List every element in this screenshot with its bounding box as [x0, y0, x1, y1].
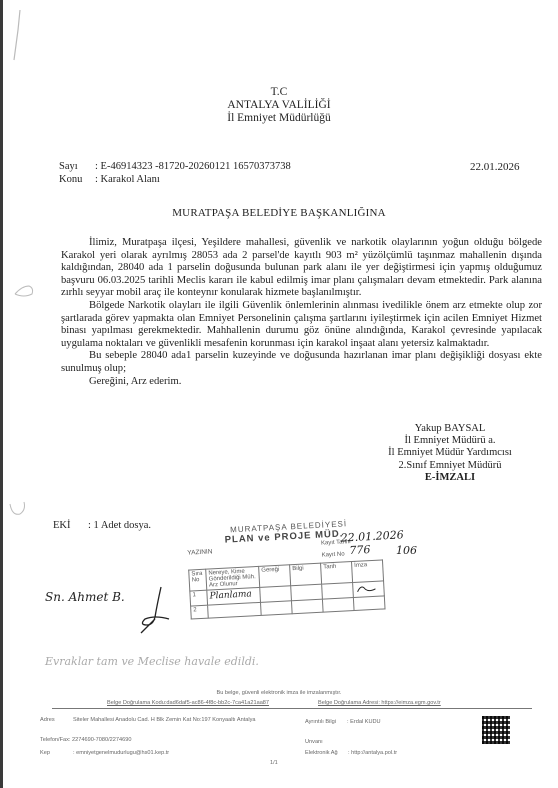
sayi-value: : E-46914323 -81720-20260121 16570373738 — [95, 161, 291, 173]
footer-divider — [52, 708, 532, 709]
web-label: Elektronik Ağ — [305, 750, 338, 756]
signer-title-2: İl Emniyet Müdür Yardımcısı — [360, 447, 540, 459]
stamp-col-bilgi: Bilgi — [290, 563, 322, 586]
attachment-value: : 1 Adet dosya. — [88, 520, 151, 532]
paragraph-4: Gereğini, Arz ederim. — [61, 376, 542, 389]
stamp-date-value: 22.01.2026 — [340, 528, 404, 544]
paragraph-1: İlimiz, Muratpaşa ilçesi, Yeşildere maha… — [61, 237, 542, 300]
stamp-col-no: Sıra No — [189, 569, 207, 591]
registration-stamp: MURATPAŞA BELEDİYESİ PLAN ve PROJE MÜD. … — [180, 517, 395, 636]
attachment-label: EKİ — [53, 520, 71, 532]
konu-value: : Karakol Alanı — [95, 174, 160, 186]
detail-label: Ayrıntılı Bilgi — [305, 719, 336, 725]
page-number: 1/1 — [270, 760, 278, 766]
stamp-signature-mark — [353, 581, 385, 598]
stamp-col-imza: İmza — [351, 560, 383, 583]
sayi-label: Sayı — [59, 161, 78, 173]
detail-value: : Erdal KUDU — [347, 719, 381, 725]
stamp-extra-note: 106 — [396, 544, 417, 557]
unvan-label: Unvanı — [305, 739, 323, 745]
kep-value[interactable]: : emniyetgenelmudurlugu@hs01.kep.tr — [73, 750, 169, 756]
verification-code: Belge Doğrulama Kodu:dad6daf5-ac86-4f8c-… — [107, 700, 269, 706]
konu-label: Konu — [59, 174, 82, 186]
address-value: Siteler Mahallesi Anadolu Cad. H Blk Zem… — [73, 717, 273, 723]
signer-name: Yakup BAYSAL — [360, 423, 540, 435]
handwritten-note: Evraklar tam ve Meclise havale edildi. — [45, 655, 259, 668]
qr-code — [482, 716, 510, 744]
web-value[interactable]: : http://antalya.pol.tr — [348, 750, 397, 756]
header-tc: T.C — [0, 86, 558, 100]
recipient: MURATPAŞA BELEDİYE BAŞKANLIĞINA — [0, 207, 558, 219]
kep-label: Kep — [40, 750, 50, 756]
stamp-no-label: Kayıt No — [321, 551, 344, 558]
letter-body: İlimiz, Muratpaşa ilçesi, Yeşildere maha… — [61, 237, 542, 388]
stamp-col-tarih: Tarih — [321, 562, 353, 585]
header-valilik: ANTALYA VALİLİĞİ — [0, 99, 558, 113]
stamp-routing-table: Sıra No Nereye, Kime Gönderildiği Müh. A… — [188, 559, 385, 619]
address-label: Adres — [40, 717, 55, 723]
e-signed-badge: E-İMZALI — [360, 472, 540, 484]
header-mudurluk: İl Emniyet Müdürlüğü — [0, 112, 558, 126]
verification-address[interactable]: Belge Doğrulama Adresi: https://eimza.eg… — [318, 700, 441, 706]
stamp-yazinin-label: YAZININ — [187, 548, 213, 556]
paragraph-3: Bu sebeple 28040 ada1 parselin kuzeyinde… — [61, 350, 542, 375]
margin-doodle — [12, 282, 36, 300]
stamp-no-value: 776 — [349, 543, 371, 557]
handwritten-addressee: Sn. Ahmet B. — [45, 590, 125, 604]
phone-fax: Telefon/Fax: 2274690-7080/2274690 — [40, 737, 131, 743]
document-date: 22.01.2026 — [470, 161, 520, 173]
signer-title-3: 2.Sınıf Emniyet Müdürü — [360, 460, 540, 472]
signer-title-1: İl Emniyet Müdürü a. — [360, 435, 540, 447]
paragraph-2: Bölgede Narkotik olayları ile ilgili Güv… — [61, 300, 542, 350]
stamp-col-geregi: Gereği — [259, 565, 291, 588]
signature-block: Yakup BAYSAL İl Emniyet Müdürü a. İl Emn… — [360, 423, 540, 484]
margin-pen-mark — [8, 8, 28, 68]
e-signature-note: Bu belge, güvenli elektronik imza ile im… — [0, 690, 558, 696]
margin-hook-mark — [6, 500, 28, 520]
handwritten-signature — [135, 585, 180, 635]
stamp-col-to: Nereye, Kime Gönderildiği Müh. Arz Olunu… — [206, 566, 260, 590]
